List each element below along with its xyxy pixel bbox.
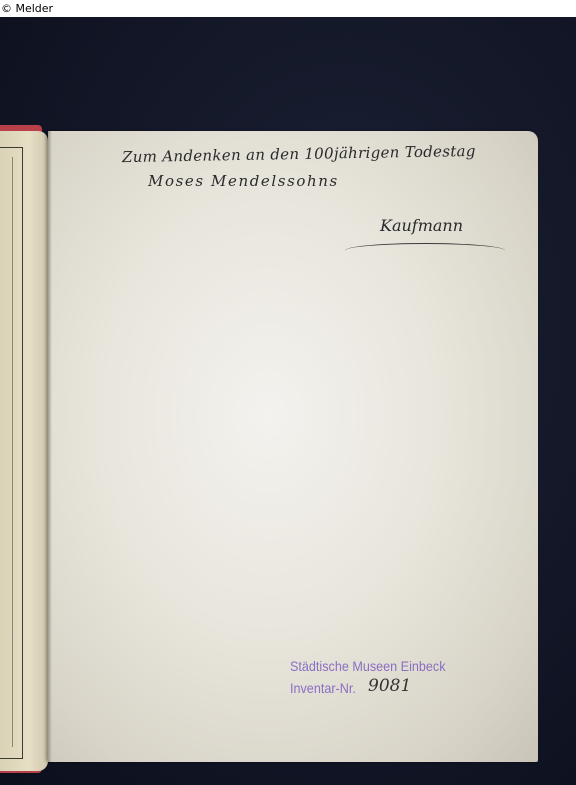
photo-credit: © Melder	[0, 0, 576, 17]
signature-flourish	[345, 243, 505, 258]
inscription-line-2: Moses Mendelssohns	[148, 172, 339, 190]
inventory-number: 9081	[368, 676, 411, 696]
museum-stamp-inventory-label: Inventar-Nr.	[290, 680, 356, 696]
previous-page-inner-frame	[0, 157, 13, 747]
signature: Kaufmann	[380, 216, 463, 235]
book-photo	[0, 17, 576, 785]
museum-stamp-name: Städtische Museen Einbeck	[290, 658, 445, 674]
page-spine-shadow	[48, 131, 52, 762]
